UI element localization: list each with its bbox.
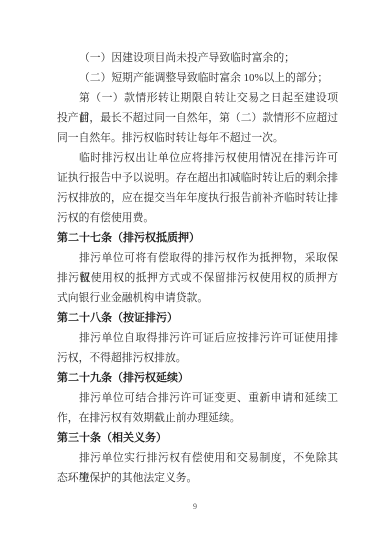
text-line: 同一自然年。排污权临时转让每年不超过一次。 (57, 128, 338, 148)
text-line: 临时排污权出让单位应将排污权使用情况在排污许可 (57, 148, 338, 168)
section-heading: 第二十八条（按证排污） (57, 308, 338, 328)
text-line: （一）因建设项目尚未投产导致临时富余的； (57, 48, 338, 68)
text-line: 污权的有偿使用费。 (57, 208, 338, 228)
text-line: 第（一）款情形转让期限自转让交易之日起至建设项目 (57, 88, 338, 108)
section-heading: 第二十七条（排污权抵质押） (57, 228, 338, 248)
text-line: 作，在排污权有效期截止前办理延续。 (57, 408, 338, 428)
text-line: 排污单位可结合排污许可证变更、重新申请和延续工 (57, 388, 338, 408)
text-line: 态环境保护的其他法定义务。 (57, 468, 338, 488)
text-line: 排污单位可将有偿取得的排污权作为抵押物，采取保留 (57, 248, 338, 268)
text-line: 证执行报告中予以说明。存在超出扣减临时转让后的剩余排 (57, 168, 338, 188)
text-line: 投产前，最长不超过同一自然年，第（二）款情形不应超过 (57, 108, 338, 128)
text-line: 排污单位实行排污权有偿使用和交易制度，不免除其生 (57, 448, 338, 468)
text-line: 污权排放的，应在提交当年年度执行报告前补齐临时转让排 (57, 188, 338, 208)
text-line: （二）短期产能调整导致临时富余 10%以上的部分； (57, 68, 338, 88)
document-page: （一）因建设项目尚未投产导致临时富余的；（二）短期产能调整导致临时富余 10%以… (0, 0, 390, 551)
document-text-block: （一）因建设项目尚未投产导致临时富余的；（二）短期产能调整导致临时富余 10%以… (57, 48, 338, 488)
section-heading: 第三十条（相关义务） (57, 428, 338, 448)
text-line: 排污单位自取得排污许可证后应按排污许可证使用排 (57, 328, 338, 348)
text-line: 排污权使用权的抵押方式或不保留排污权使用权的质押方 (57, 268, 338, 288)
section-heading: 第二十九条（排污权延续） (57, 368, 338, 388)
page-number: 9 (0, 502, 390, 511)
text-line: 污权，不得超排污权排放。 (57, 348, 338, 368)
text-line: 式向银行业金融机构申请贷款。 (57, 288, 338, 308)
